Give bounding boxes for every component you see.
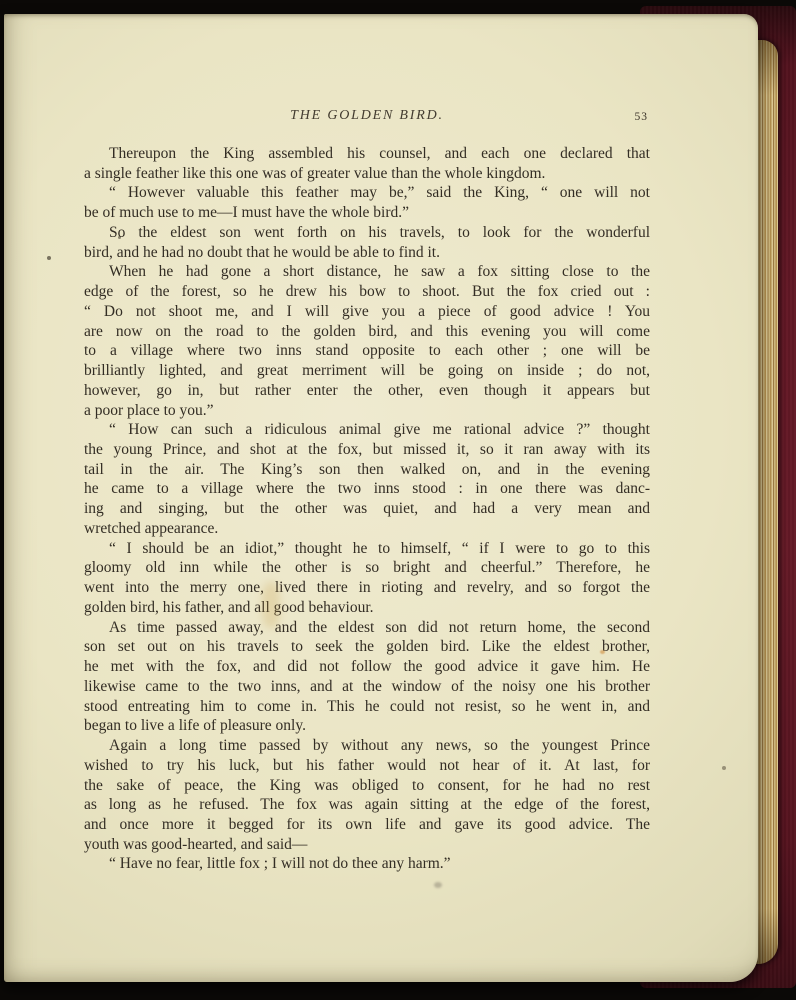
text-line: he came to a village where the two inns … bbox=[84, 479, 650, 499]
paragraph: As time passed away, and the eldest son … bbox=[84, 618, 650, 736]
text-line: “ How can such a ridiculous animal give … bbox=[84, 420, 650, 440]
paragraph: “ However valuable this feather may be,”… bbox=[84, 183, 650, 222]
text-line: When he had gone a short distance, he sa… bbox=[84, 262, 650, 282]
page-stain bbox=[262, 582, 280, 628]
text-line: As time passed away, and the eldest son … bbox=[84, 618, 650, 638]
text-line: ing and singing, but the other was quiet… bbox=[84, 499, 650, 519]
text-line: “ However valuable this feather may be,”… bbox=[84, 183, 650, 203]
page-header: THE GOLDEN BIRD. 53 bbox=[84, 108, 650, 136]
text-line: gloomy old inn while the other is so bri… bbox=[84, 558, 650, 578]
page-speck bbox=[118, 236, 121, 239]
text-line: bird, and he had no doubt that he would … bbox=[84, 243, 650, 263]
page-speck bbox=[722, 766, 726, 770]
text-line: are now on the road to the golden bird, … bbox=[84, 322, 650, 342]
paragraph: So the eldest son went forth on his trav… bbox=[84, 223, 650, 262]
page-speck bbox=[47, 256, 51, 260]
body-text: Thereupon the King assembled his counsel… bbox=[84, 144, 650, 874]
text-line: wretched appearance. bbox=[84, 519, 650, 539]
text-line: So the eldest son went forth on his trav… bbox=[84, 223, 650, 243]
text-line: “ Have no fear, little fox ; I will not … bbox=[84, 854, 650, 874]
text-line: as long as he refused. The fox was again… bbox=[84, 795, 650, 815]
text-line: likewise came to the two inns, and at th… bbox=[84, 677, 650, 697]
text-line: tail in the air. The King’s son then wal… bbox=[84, 460, 650, 480]
text-line: son set out on his travels to seek the g… bbox=[84, 637, 650, 657]
text-line: Again a long time passed by without any … bbox=[84, 736, 650, 756]
paragraph: Thereupon the King assembled his counsel… bbox=[84, 144, 650, 183]
text-line: Thereupon the King assembled his counsel… bbox=[84, 144, 650, 164]
text-line: a single feather like this one was of gr… bbox=[84, 164, 650, 184]
text-line: to a village where two inns stand opposi… bbox=[84, 341, 650, 361]
text-line: however, go in, but rather enter the oth… bbox=[84, 381, 650, 401]
page-speck bbox=[600, 650, 605, 654]
paragraph: “ Have no fear, little fox ; I will not … bbox=[84, 854, 650, 874]
running-header: THE GOLDEN BIRD. bbox=[84, 108, 650, 124]
text-line: “ Do not shoot me, and I will give you a… bbox=[84, 302, 650, 322]
text-line: stood entreating him to come in. This he… bbox=[84, 697, 650, 717]
paragraph: When he had gone a short distance, he sa… bbox=[84, 262, 650, 420]
text-column: THE GOLDEN BIRD. 53 Thereupon the King a… bbox=[84, 108, 650, 874]
text-line: he met with the fox, and did not follow … bbox=[84, 657, 650, 677]
text-line: the sake of peace, the King was obliged … bbox=[84, 776, 650, 796]
page-speck bbox=[434, 882, 442, 888]
text-line: a poor place to you.” bbox=[84, 401, 650, 421]
text-line: the young Prince, and shot at the fox, b… bbox=[84, 440, 650, 460]
text-line: went into the merry one, lived there in … bbox=[84, 578, 650, 598]
text-line: edge of the forest, so he drew his bow t… bbox=[84, 282, 650, 302]
text-line: began to live a life of pleasure only. bbox=[84, 716, 650, 736]
text-line: “ I should be an idiot,” thought he to h… bbox=[84, 539, 650, 559]
text-line: youth was good-hearted, and said— bbox=[84, 835, 650, 855]
text-line: wished to try his luck, but his father w… bbox=[84, 756, 650, 776]
text-line: golden bird, his father, and all good be… bbox=[84, 598, 650, 618]
paragraph: “ I should be an idiot,” thought he to h… bbox=[84, 539, 650, 618]
paragraph: “ How can such a ridiculous animal give … bbox=[84, 420, 650, 538]
page-number: 53 bbox=[635, 111, 649, 123]
paragraph: Again a long time passed by without any … bbox=[84, 736, 650, 854]
book-page: THE GOLDEN BIRD. 53 Thereupon the King a… bbox=[4, 14, 758, 982]
text-line: be of much use to me—I must have the who… bbox=[84, 203, 650, 223]
text-line: and once more it begged for its own life… bbox=[84, 815, 650, 835]
text-line: brilliantly lighted, and great merriment… bbox=[84, 361, 650, 381]
